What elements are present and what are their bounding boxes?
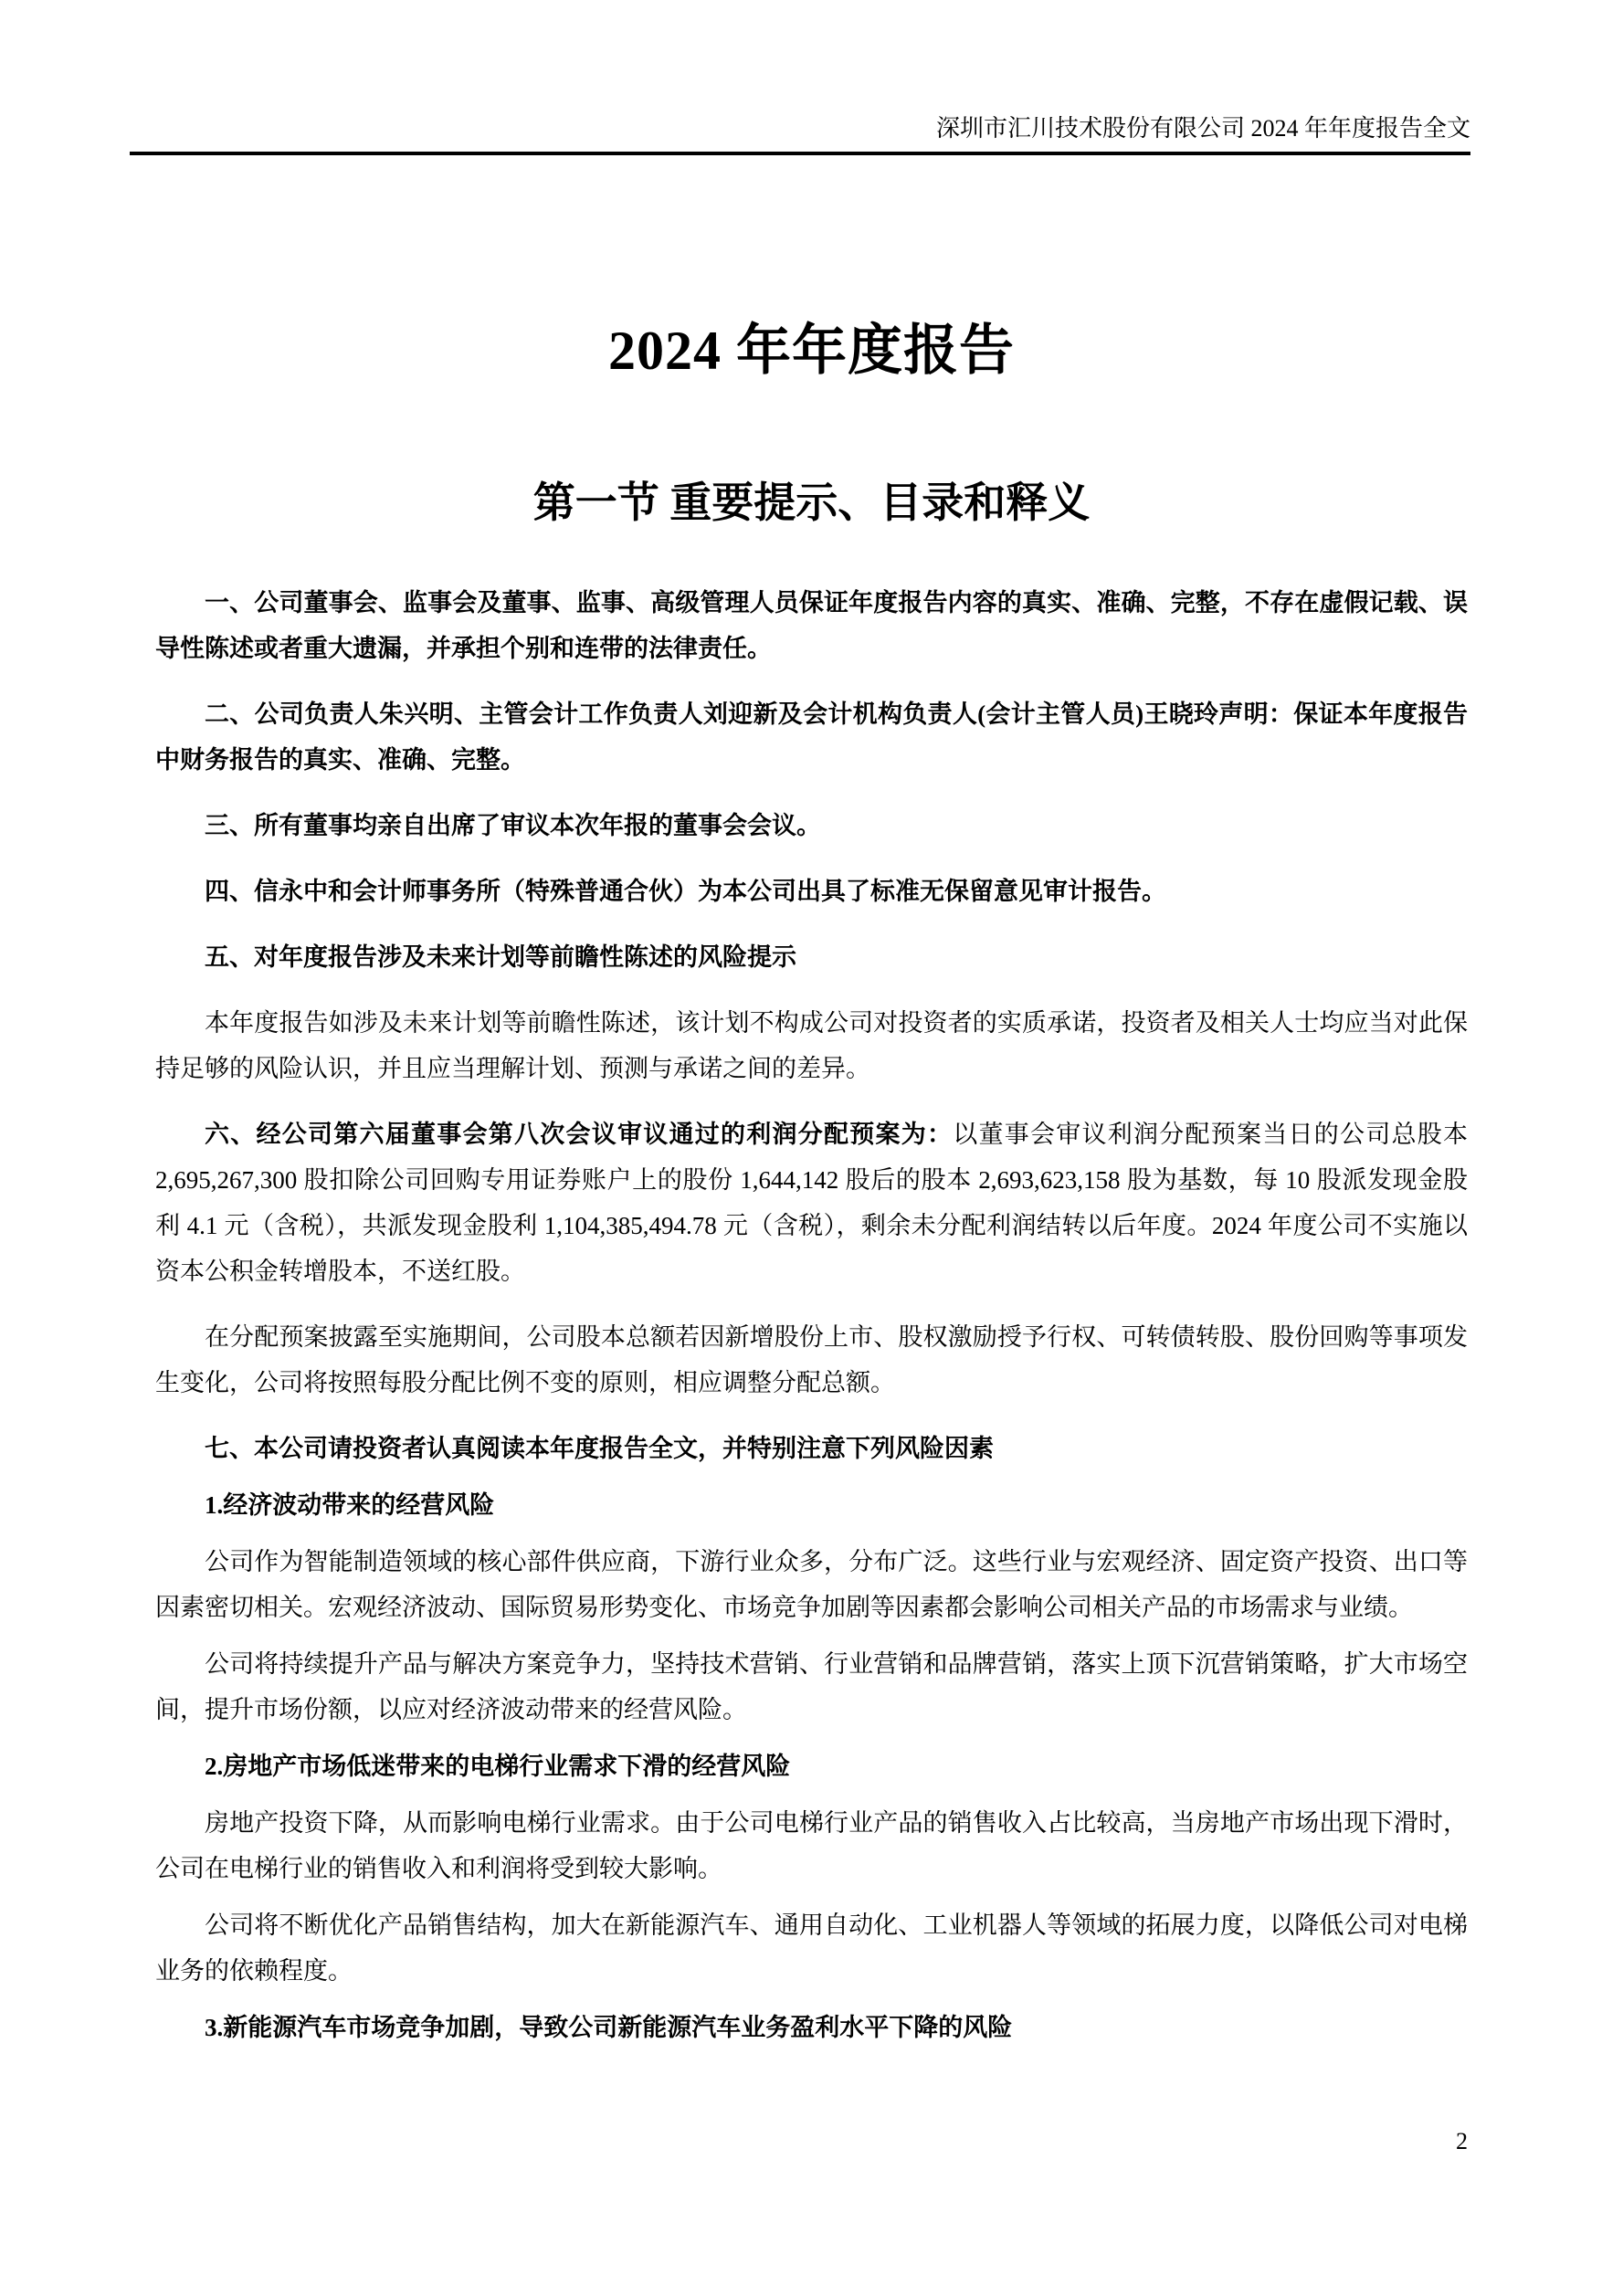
heading-risk-factors: 七、本公司请投资者认真阅读本年度报告全文，并特别注意下列风险因素 [155, 1426, 1468, 1471]
dividend-plan-lead: 六、经公司第六届董事会第八次会议审议通过的利润分配预案为： [205, 1121, 953, 1148]
paragraph-economic-risk-description: 公司作为智能制造领域的核心部件供应商，下游行业众多，分布广泛。这些行业与宏观经济… [155, 1539, 1468, 1630]
risk-heading-economic-fluctuation: 1.经济波动带来的经营风险 [155, 1482, 1468, 1528]
paragraph-dividend-plan: 六、经公司第六届董事会第八次会议审议通过的利润分配预案为：以董事会审议利润分配预… [155, 1111, 1468, 1294]
statement-directors-attendance: 三、所有董事均亲自出席了审议本次年报的董事会会议。 [155, 803, 1468, 848]
paragraph-elevator-risk-response: 公司将不断优化产品销售结构，加大在新能源汽车、通用自动化、工业机器人等领域的拓展… [155, 1902, 1468, 1994]
statement-financial-report: 二、公司负责人朱兴明、主管会计工作负责人刘迎新及会计机构负责人(会计主管人员)王… [155, 691, 1468, 783]
paragraph-elevator-risk-description: 房地产投资下降，从而影响电梯行业需求。由于公司电梯行业产品的销售收入占比较高，当… [155, 1800, 1468, 1891]
report-title: 2024 年年度报告 [155, 320, 1468, 383]
risk-heading-real-estate-elevator: 2.房地产市场低迷带来的电梯行业需求下滑的经营风险 [155, 1743, 1468, 1789]
body-text-column: 一、公司董事会、监事会及董事、监事、高级管理人员保证年度报告内容的真实、准确、完… [155, 580, 1468, 2050]
report-page: 深圳市汇川技术股份有限公司 2024 年年度报告全文 2024 年年度报告 第一… [0, 0, 1623, 2296]
statement-audit-opinion: 四、信永中和会计师事务所（特殊普通合伙）为本公司出具了标准无保留意见审计报告。 [155, 869, 1468, 914]
heading-forward-looking-risk: 五、对年度报告涉及未来计划等前瞻性陈述的风险提示 [155, 934, 1468, 980]
risk-heading-nev-competition: 3.新能源汽车市场竞争加剧，导致公司新能源汽车业务盈利水平下降的风险 [155, 2005, 1468, 2050]
running-header: 深圳市汇川技术股份有限公司 2024 年年度报告全文 [130, 115, 1470, 155]
page-number: 2 [1456, 2128, 1468, 2155]
statement-board-guarantee: 一、公司董事会、监事会及董事、监事、高级管理人员保证年度报告内容的真实、准确、完… [155, 580, 1468, 671]
section-heading: 第一节 重要提示、目录和释义 [155, 479, 1468, 528]
paragraph-dividend-adjustment: 在分配预案披露至实施期间，公司股本总额若因新增股份上市、股权激励授予行权、可转债… [155, 1314, 1468, 1406]
paragraph-forward-looking-note: 本年度报告如涉及未来计划等前瞻性陈述，该计划不构成公司对投资者的实质承诺，投资者… [155, 1000, 1468, 1091]
page-header: 深圳市汇川技术股份有限公司 2024 年年度报告全文 [130, 0, 1470, 155]
paragraph-economic-risk-response: 公司将持续提升产品与解决方案竞争力，坚持技术营销、行业营销和品牌营销，落实上顶下… [155, 1641, 1468, 1733]
